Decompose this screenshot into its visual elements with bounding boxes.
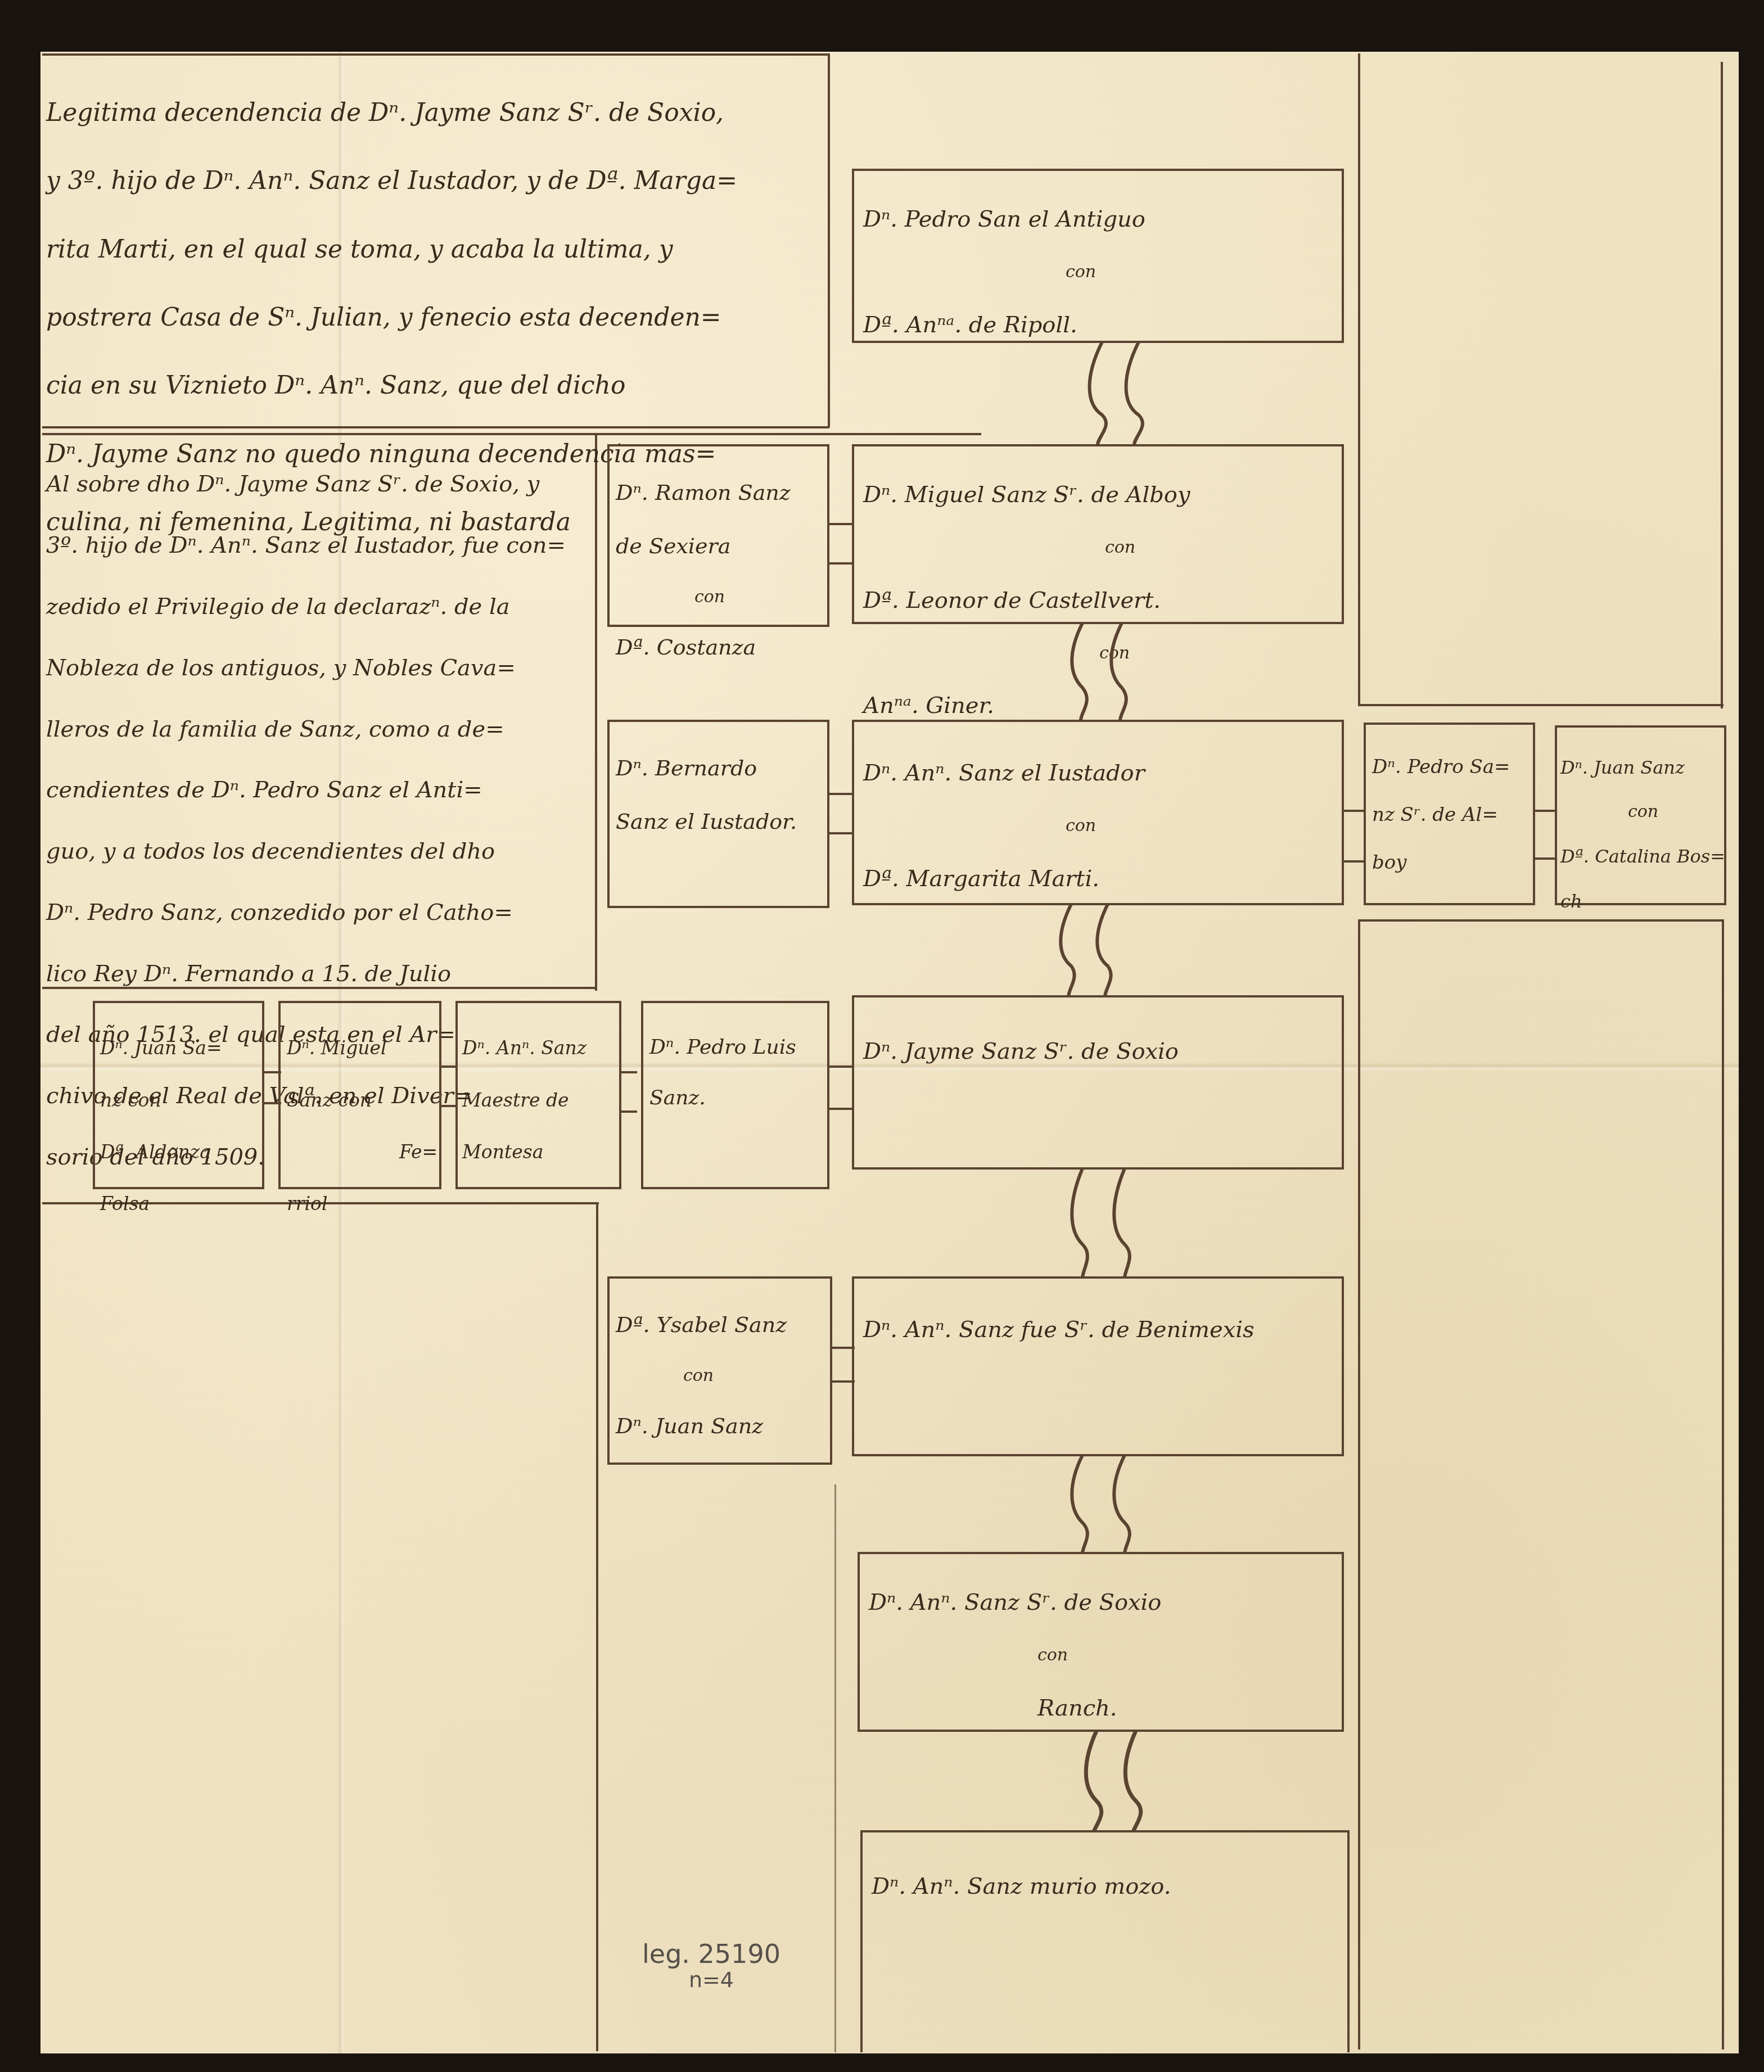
- con-label: con: [863, 815, 1145, 837]
- privilege-line: zedido el Privilegio de la declarazⁿ. de…: [46, 592, 594, 622]
- person-text: Dⁿ. Juan Sanz con Dª. Catalina Bos= ch: [1560, 734, 1725, 935]
- person-name: Dⁿ. Bernardo: [616, 755, 797, 782]
- privilege-line: 3º. hijo de Dⁿ. Anⁿ. Sanz el Iustador, f…: [46, 530, 594, 561]
- con-label: con: [616, 586, 791, 608]
- person-name: de Sexiera: [616, 533, 791, 560]
- sibling-link: [1535, 810, 1555, 812]
- header-line: y 3º. hijo de Dⁿ. Anⁿ. Sanz el Iustador,…: [46, 164, 828, 198]
- sibling-link: [829, 1108, 852, 1110]
- person-name: Dⁿ. Anⁿ. Sanz: [462, 1035, 587, 1061]
- person-name: Sanz.: [649, 1085, 796, 1111]
- person-text: Dª. Ysabel Sanz con Dⁿ. Juan Sanz: [616, 1285, 787, 1466]
- person-name: Dⁿ. Anⁿ. Sanz el Iustador: [863, 759, 1145, 787]
- sibling-link: [1535, 857, 1555, 860]
- generation-connector-3: [1046, 904, 1136, 997]
- person-text: Dⁿ. Anⁿ. Sanz Sʳ. de Soxio con Ranch.: [869, 1560, 1161, 1750]
- sibling-link: [832, 1347, 855, 1349]
- person-text: Dⁿ. Ramon Sanz de Sexiera con Dª. Costan…: [616, 453, 791, 688]
- spouse-name: Dª. Leonor de Castellvert.: [863, 586, 1190, 615]
- person-name: Montesa: [462, 1139, 587, 1165]
- frame-right-col-bottom: [1358, 704, 1724, 706]
- person-name: Dⁿ. Pedro San el Antiguo: [863, 205, 1145, 233]
- sibling-link: [829, 1066, 852, 1068]
- person-text: Dⁿ. Anⁿ. Sanz fue Sʳ. de Benimexis: [863, 1288, 1255, 1372]
- privilege-line: Al sobre dho Dⁿ. Jayme Sanz Sʳ. de Soxio…: [46, 469, 594, 499]
- spouse-name: Dª. Costanza: [616, 634, 791, 661]
- spouse-name: Fe=: [287, 1139, 437, 1165]
- person-text: Dⁿ. Anⁿ. Sanz el Iustador con Dª. Margar…: [863, 731, 1145, 921]
- generation-connector-1: [1074, 342, 1164, 446]
- person-text: Dⁿ. Miguel Sanz con Fe= rriol: [287, 1009, 437, 1243]
- person-text: Dⁿ. Anⁿ. Sanz Maestre de Montesa: [462, 1009, 587, 1191]
- frame-right-lower-right: [1722, 919, 1724, 2050]
- sibling-link: [441, 1066, 457, 1068]
- generation-connector-6: [1068, 1731, 1158, 1832]
- spouse-name: Dª. Margarita Marti.: [863, 865, 1145, 893]
- person-name: Dⁿ. Juan Sanz: [1560, 756, 1725, 779]
- archive-number: n=4: [638, 1969, 784, 1992]
- header-line: Legitima decendencia de Dⁿ. Jayme Sanz S…: [46, 96, 828, 130]
- spouse-name: Dª. Anⁿᵃ. de Ripoll.: [863, 311, 1145, 339]
- spouse-name: Dⁿ. Juan Sanz: [616, 1413, 787, 1440]
- frame-lower-left-right: [596, 1202, 598, 2051]
- con-label: con: [863, 537, 1190, 558]
- sibling-link: [441, 1105, 457, 1107]
- person-name: nz con: [100, 1087, 222, 1113]
- generation-connector-2: [1057, 623, 1147, 721]
- privilege-line: cendientes de Dⁿ. Pedro Sanz el Anti=: [46, 775, 594, 805]
- person-name: Dⁿ. Miguel Sanz Sʳ. de Alboy: [863, 481, 1190, 509]
- privilege-line: lleros de la familia de Sanz, como a de=: [46, 714, 594, 744]
- archive-reference: leg. 25190 n=4: [638, 1940, 784, 1992]
- frame-right-col-left: [1358, 53, 1360, 706]
- sibling-link: [621, 1111, 637, 1113]
- person-name: Dⁿ. Anⁿ. Sanz fue Sʳ. de Benimexis: [863, 1316, 1255, 1344]
- person-text: Dⁿ. Pedro Sa= nz Sʳ. de Al= boy: [1372, 731, 1510, 899]
- spouse-name: rriol: [287, 1191, 437, 1217]
- person-text: Dⁿ. Pedro San el Antiguo con Dª. Anⁿᵃ. d…: [863, 177, 1145, 367]
- privilege-line: Nobleza de los antiguos, y Nobles Cava=: [46, 653, 594, 683]
- person-text: Dⁿ. Juan Sa= nz con Dª. Aldonza Folsa: [100, 1009, 222, 1243]
- frame-top-left: [42, 53, 829, 56]
- frame-right-col-right: [1721, 62, 1723, 708]
- person-name: Dⁿ. Anⁿ. Sanz Sʳ. de Soxio: [869, 1588, 1161, 1617]
- sibling-link: [621, 1071, 637, 1073]
- spouse-name: Folsa: [100, 1191, 222, 1217]
- person-text: Dⁿ. Pedro Luis Sanz.: [649, 1009, 796, 1136]
- header-line: postrera Casa de Sⁿ. Julian, y fenecio e…: [46, 301, 828, 335]
- header-line: rita Marti, en el qual se toma, y acaba …: [46, 233, 828, 267]
- person-name: Dⁿ. Anⁿ. Sanz murio mozo.: [872, 1872, 1171, 1901]
- privilege-line: guo, y a todos los decendientes del dho: [46, 836, 594, 866]
- person-name: Dⁿ. Juan Sa=: [100, 1035, 222, 1061]
- spouse-name: ch: [1560, 890, 1725, 913]
- person-name: nz Sʳ. de Al=: [1372, 803, 1510, 827]
- privilege-line: lico Rey Dⁿ. Fernando a 15. de Julio: [46, 959, 594, 989]
- archive-legajo: leg. 25190: [638, 1940, 784, 1969]
- sibling-link: [829, 793, 852, 795]
- sibling-link: [829, 562, 852, 565]
- sibling-link: [832, 1380, 855, 1383]
- person-name: Sanz el Iustador.: [616, 809, 797, 836]
- person-text: Dⁿ. Bernardo Sanz el Iustador.: [616, 728, 797, 862]
- spouse-name: Dª. Catalina Bos=: [1560, 845, 1725, 868]
- person-name: Dⁿ. Miguel: [287, 1035, 437, 1061]
- person-name: Maestre de: [462, 1087, 587, 1113]
- privilege-line: Dⁿ. Pedro Sanz, conzedido por el Catho=: [46, 897, 594, 928]
- con-label: con: [863, 261, 1145, 283]
- frame-center-dashed: [834, 1484, 836, 2052]
- sibling-link: [1344, 810, 1364, 812]
- generation-connector-4: [1057, 1168, 1147, 1278]
- person-name: Dⁿ. Pedro Sa=: [1372, 755, 1510, 779]
- frame-right-lower-left: [1358, 919, 1360, 2050]
- con-label: con: [869, 1645, 1161, 1666]
- person-text: Dⁿ. Jayme Sanz Sʳ. de Soxio: [863, 1009, 1179, 1094]
- person-name: Sanz con: [287, 1087, 437, 1113]
- person-name: Dⁿ. Jayme Sanz Sʳ. de Soxio: [863, 1037, 1179, 1066]
- person-text: Dⁿ. Anⁿ. Sanz murio mozo.: [872, 1844, 1171, 1929]
- spouse-name: Ranch.: [869, 1694, 1161, 1722]
- generation-connector-5: [1057, 1455, 1147, 1554]
- header-line: cia en su Viznieto Dⁿ. Anⁿ. Sanz, que de…: [46, 369, 828, 403]
- person-name: Dⁿ. Pedro Luis: [649, 1035, 796, 1060]
- sibling-link: [829, 832, 852, 834]
- person-name: boy: [1372, 851, 1510, 875]
- person-name: Dⁿ. Ramon Sanz: [616, 480, 791, 507]
- con-label: con: [1560, 801, 1725, 823]
- frame-header-right: [828, 53, 830, 427]
- con-label: con: [616, 1365, 787, 1387]
- sibling-link: [829, 523, 852, 525]
- sibling-link: [1344, 860, 1364, 863]
- spouse-name: Dª. Aldonza: [100, 1139, 222, 1165]
- person-name: Dª. Ysabel Sanz: [616, 1312, 787, 1339]
